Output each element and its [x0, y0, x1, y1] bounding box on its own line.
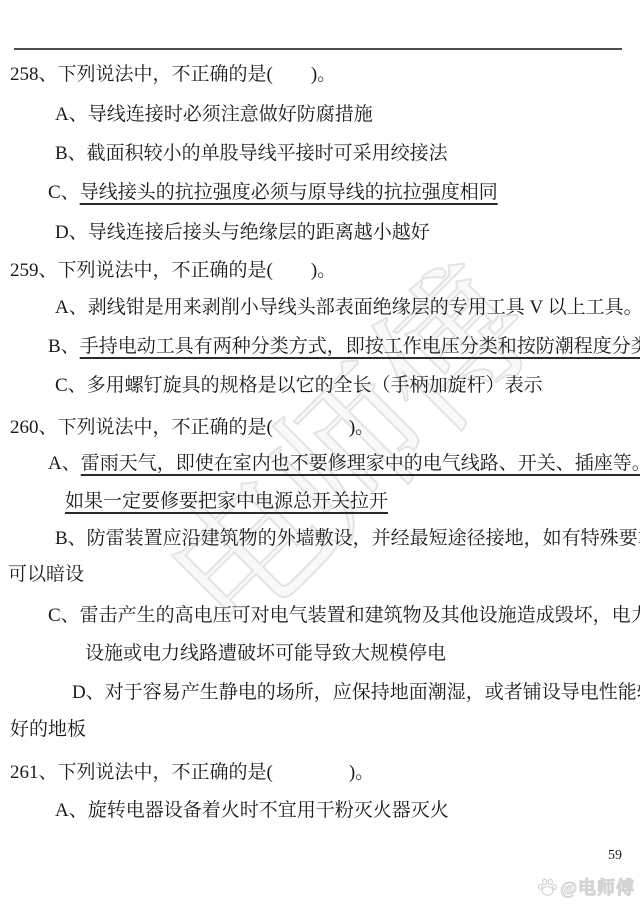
question-line: D、导线连接后接头与绝缘层的距离越小越好 — [55, 220, 430, 246]
question-line: 好的地板 — [10, 717, 86, 743]
line-text: 雷雨天气，即使在室内也不要修理家中的电气线路、开关、插座等。 — [81, 453, 640, 474]
option-letter: C、 — [48, 182, 80, 203]
question-line: A、导线连接时必须注意做好防腐措施 — [55, 102, 373, 128]
option-letter: B、 — [48, 336, 80, 357]
question-line: 如果一定要修要把家中电源总开关拉开 — [65, 489, 388, 515]
question-line: C、雷击产生的高电压可对电气装置和建筑物及其他设施造成毁坏，电力 — [48, 603, 640, 629]
question-line: D、对于容易产生静电的场所，应保持地面潮湿，或者铺设导电性能较 — [72, 680, 640, 706]
question-line: 设施或电力线路遭破坏可能导致大规模停电 — [85, 641, 446, 667]
line-text: A、剥线钳是用来剥削小导线头部表面绝缘层的专用工具 V 以上工具。 — [55, 297, 640, 318]
line-text: C、雷击产生的高电压可对电气装置和建筑物及其他设施造成毁坏，电力 — [48, 605, 640, 626]
page-number: 59 — [608, 848, 622, 864]
option-letter: A、 — [48, 453, 81, 474]
line-text: A、导线连接时必须注意做好防腐措施 — [55, 104, 373, 125]
question-line: A、雷雨天气，即使在室内也不要修理家中的电气线路、开关、插座等。 — [48, 451, 640, 477]
footer-watermark: @电师傅 — [537, 874, 635, 900]
question-line: A、剥线钳是用来剥削小导线头部表面绝缘层的专用工具 V 以上工具。 — [55, 295, 640, 321]
question-line: B、截面积较小的单股导线平接时可采用绞接法 — [55, 141, 448, 167]
question-line: 258、下列说法中，不正确的是( )。 — [10, 62, 336, 88]
question-line: 261、下列说法中，不正确的是( )。 — [10, 760, 374, 786]
line-text: 设施或电力线路遭破坏可能导致大规模停电 — [85, 643, 446, 664]
line-text: C、多用螺钉旋具的规格是以它的全长（手柄加旋杆）表示 — [55, 375, 543, 396]
line-text: 259、下列说法中，不正确的是( )。 — [10, 260, 336, 281]
document-page: 电师傅 258、下列说法中，不正确的是( )。A、导线连接时必须注意做好防腐措施… — [0, 0, 640, 909]
line-text: D、对于容易产生静电的场所，应保持地面潮湿，或者铺设导电性能较 — [72, 682, 640, 703]
line-text: 可以暗设 — [8, 564, 84, 585]
header-divider — [14, 48, 622, 50]
footer-watermark-text: @电师傅 — [560, 874, 635, 900]
question-line: C、多用螺钉旋具的规格是以它的全长（手柄加旋杆）表示 — [55, 373, 543, 399]
question-line: 可以暗设 — [8, 562, 84, 588]
line-text: B、防雷装置应沿建筑物的外墙敷设，并经最短途径接地，如有特殊要求 — [55, 528, 640, 549]
question-text-block: 258、下列说法中，不正确的是( )。A、导线连接时必须注意做好防腐措施B、截面… — [0, 0, 640, 909]
line-text: D、导线连接后接头与绝缘层的距离越小越好 — [55, 222, 430, 243]
line-text: 好的地板 — [10, 719, 86, 740]
line-text: 手持电动工具有两种分类方式，即按工作电压分类和按防潮程度分类 — [80, 336, 640, 357]
line-text: 261、下列说法中，不正确的是( )。 — [10, 762, 374, 783]
question-line: A、旋转电器设备着火时不宜用干粉灭火器灭火 — [55, 798, 449, 824]
line-text: 258、下列说法中，不正确的是( )。 — [10, 64, 336, 85]
question-line: B、防雷装置应沿建筑物的外墙敷设，并经最短途径接地，如有特殊要求 — [55, 526, 640, 552]
line-text: A、旋转电器设备着火时不宜用干粉灭火器灭火 — [55, 800, 449, 821]
line-text: B、截面积较小的单股导线平接时可采用绞接法 — [55, 143, 448, 164]
line-text: 如果一定要修要把家中电源总开关拉开 — [65, 491, 388, 512]
paw-icon — [537, 877, 558, 898]
line-text: 260、下列说法中，不正确的是( )。 — [10, 417, 374, 438]
question-line: 260、下列说法中，不正确的是( )。 — [10, 415, 374, 441]
question-line: 259、下列说法中，不正确的是( )。 — [10, 258, 336, 284]
line-text: 导线接头的抗拉强度必须与原导线的抗拉强度相同 — [80, 182, 498, 203]
question-line: C、导线接头的抗拉强度必须与原导线的抗拉强度相同 — [48, 180, 498, 206]
question-line: B、手持电动工具有两种分类方式，即按工作电压分类和按防潮程度分类 — [48, 334, 640, 360]
